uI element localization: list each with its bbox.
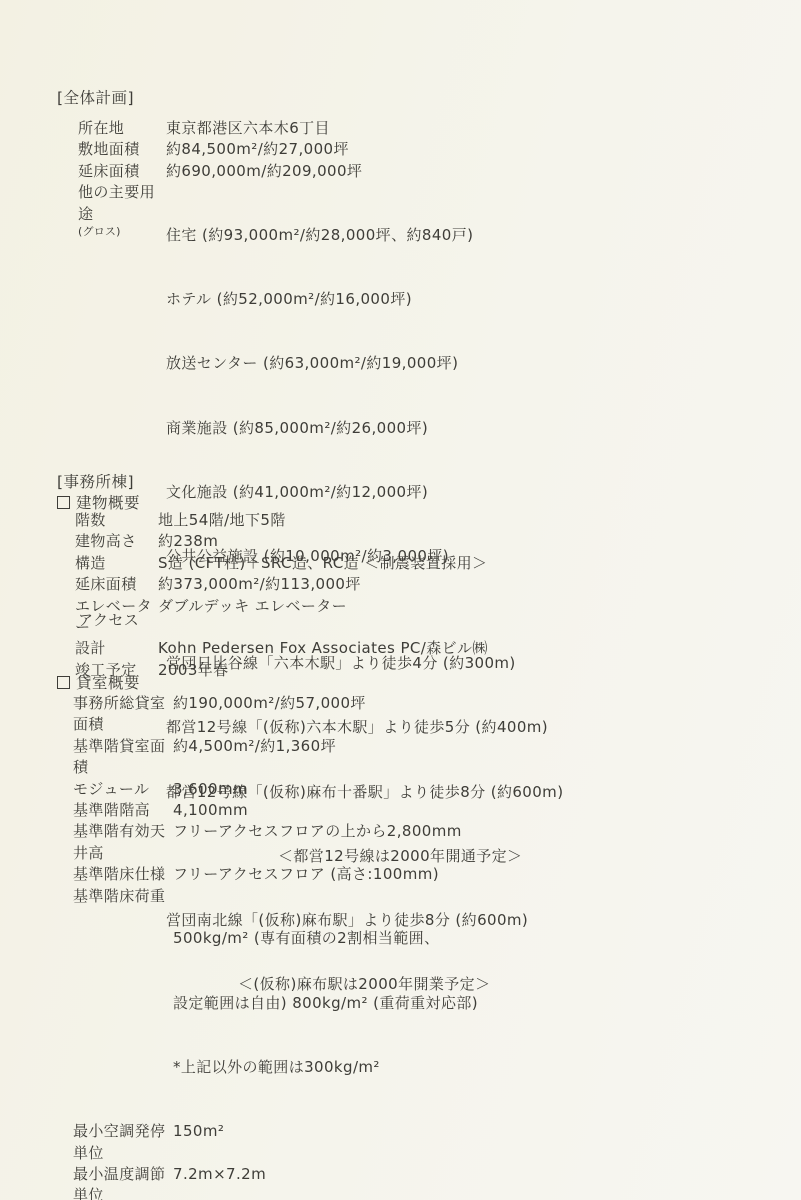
table-row: 建物高さ 約238m bbox=[75, 531, 488, 552]
subsection-heading-rental-overview: 貸室概要 bbox=[57, 671, 140, 693]
table-row: エレベーター ダブルデッキ エレベーター bbox=[75, 596, 488, 639]
value-line: 500kg/m² (専有面積の2割相当範囲、 bbox=[173, 928, 478, 949]
table-row: 基準階有効天井高 フリーアクセスフロアの上から2,800mm bbox=[73, 821, 478, 864]
square-bullet-icon bbox=[57, 496, 70, 509]
row-value: 7.2m×7.2m bbox=[173, 1164, 266, 1185]
building-overview-table: 階数 地上54階/地下5階 建物高さ 約238m 構造 S造 (CFT柱)＋SR… bbox=[75, 510, 488, 681]
row-label: 延床面積 bbox=[75, 574, 158, 595]
value-line: 商業施設 (約85,000m²/約26,000坪) bbox=[166, 418, 473, 439]
table-row: 延床面積 約690,000m/約209,000坪 bbox=[78, 161, 563, 182]
table-row: 延床面積 約373,000m²/約113,000坪 bbox=[75, 574, 488, 595]
row-value: 500kg/m² (専有面積の2割相当範囲、 設定範囲は自由) 800kg/m²… bbox=[173, 886, 478, 1121]
rental-overview-table: 事務所総貸室面積 約190,000m²/約57,000坪 基準階貸室面積 約4,… bbox=[73, 693, 478, 1200]
table-row: 基準階床荷重 500kg/m² (専有面積の2割相当範囲、 設定範囲は自由) 8… bbox=[73, 886, 478, 1121]
value-line: 文化施設 (約41,000m²/約12,000坪) bbox=[166, 482, 473, 503]
row-value: フリーアクセスフロアの上から2,800mm bbox=[173, 821, 462, 842]
table-row: 事務所総貸室面積 約190,000m²/約57,000坪 bbox=[73, 693, 478, 736]
row-value: 約190,000m²/約57,000坪 bbox=[173, 693, 366, 714]
row-label: 基準階階高 bbox=[73, 800, 173, 821]
row-label: 階数 bbox=[75, 510, 158, 531]
row-label: エレベーター bbox=[75, 596, 158, 639]
row-value: Kohn Pedersen Fox Associates PC/森ビル㈱ bbox=[158, 638, 488, 659]
row-value: 約690,000m/約209,000坪 bbox=[166, 161, 362, 182]
row-value: 東京都港区六本木6丁目 bbox=[166, 118, 330, 139]
square-bullet-icon bbox=[57, 676, 70, 689]
row-label: 構造 bbox=[75, 553, 158, 574]
row-label-main: 他の主要用途 bbox=[78, 182, 166, 225]
value-line: ホテル (約52,000m²/約16,000坪) bbox=[166, 289, 473, 310]
row-value: ダブルデッキ エレベーター bbox=[158, 596, 347, 617]
row-value: 約238m bbox=[158, 531, 218, 552]
table-row: 構造 S造 (CFT柱)＋SRC造、RC造 ＜制震装置採用＞ bbox=[75, 553, 488, 574]
section-title-overall-plan: [全体計画] bbox=[57, 86, 134, 108]
table-row: 最小空調発停単位 150m² bbox=[73, 1121, 478, 1164]
table-row: モジュール 3,600mm bbox=[73, 779, 478, 800]
table-row: 基準階階高 4,100mm bbox=[73, 800, 478, 821]
row-label: 設計 bbox=[75, 638, 158, 659]
row-label: 事務所総貸室面積 bbox=[73, 693, 173, 736]
row-label: 基準階貸室面積 bbox=[73, 736, 173, 779]
row-label: 最小空調発停単位 bbox=[73, 1121, 173, 1164]
page: { "page": { "background": "#f5f4ec", "te… bbox=[0, 0, 801, 1200]
row-value: 4,100mm bbox=[173, 800, 248, 821]
table-row: 所在地 東京都港区六本木6丁目 bbox=[78, 118, 563, 139]
row-label: 他の主要用途 (グロス) bbox=[78, 182, 166, 238]
row-value: 150m² bbox=[173, 1121, 224, 1142]
value-line: 設定範囲は自由) 800kg/m² (重荷重対応部) bbox=[173, 993, 478, 1014]
row-label-sub: (グロス) bbox=[78, 225, 166, 238]
row-label: 最小温度調節単位 bbox=[73, 1164, 173, 1200]
table-row: 階数 地上54階/地下5階 bbox=[75, 510, 488, 531]
row-label: 基準階床荷重 bbox=[73, 886, 173, 907]
row-value: 約84,500m²/約27,000坪 bbox=[166, 139, 349, 160]
row-label: 基準階床仕様 bbox=[73, 864, 173, 885]
row-label: 所在地 bbox=[78, 118, 166, 139]
table-row: 設計 Kohn Pedersen Fox Associates PC/森ビル㈱ bbox=[75, 638, 488, 659]
row-value: フリーアクセスフロア (高さ:100mm) bbox=[173, 864, 439, 885]
value-line-note: *上記以外の範囲は300kg/m² bbox=[173, 1057, 478, 1078]
value-line: 放送センター (約63,000m²/約19,000坪) bbox=[166, 353, 473, 374]
row-label: 延床面積 bbox=[78, 161, 166, 182]
table-row: 基準階床仕様 フリーアクセスフロア (高さ:100mm) bbox=[73, 864, 478, 885]
row-value: S造 (CFT柱)＋SRC造、RC造 ＜制震装置採用＞ bbox=[158, 553, 487, 574]
table-row: 敷地面積 約84,500m²/約27,000坪 bbox=[78, 139, 563, 160]
row-value: 約4,500m²/約1,360坪 bbox=[173, 736, 336, 757]
row-label: モジュール bbox=[73, 779, 173, 800]
table-row: 最小温度調節単位 7.2m×7.2m bbox=[73, 1164, 478, 1200]
row-value: 3,600mm bbox=[173, 779, 248, 800]
subsection-heading-label: 貸室概要 bbox=[76, 671, 140, 693]
row-label: 基準階有効天井高 bbox=[73, 821, 173, 864]
row-label: 建物高さ bbox=[75, 531, 158, 552]
row-value: 2003年春 bbox=[158, 660, 229, 681]
section-title-office-tower: [事務所棟] bbox=[57, 470, 134, 492]
row-value: 約373,000m²/約113,000坪 bbox=[158, 574, 361, 595]
row-label: 敷地面積 bbox=[78, 139, 166, 160]
table-row: 基準階貸室面積 約4,500m²/約1,360坪 bbox=[73, 736, 478, 779]
value-line: 住宅 (約93,000m²/約28,000坪、約840戸) bbox=[166, 225, 473, 246]
row-value: 地上54階/地下5階 bbox=[158, 510, 286, 531]
